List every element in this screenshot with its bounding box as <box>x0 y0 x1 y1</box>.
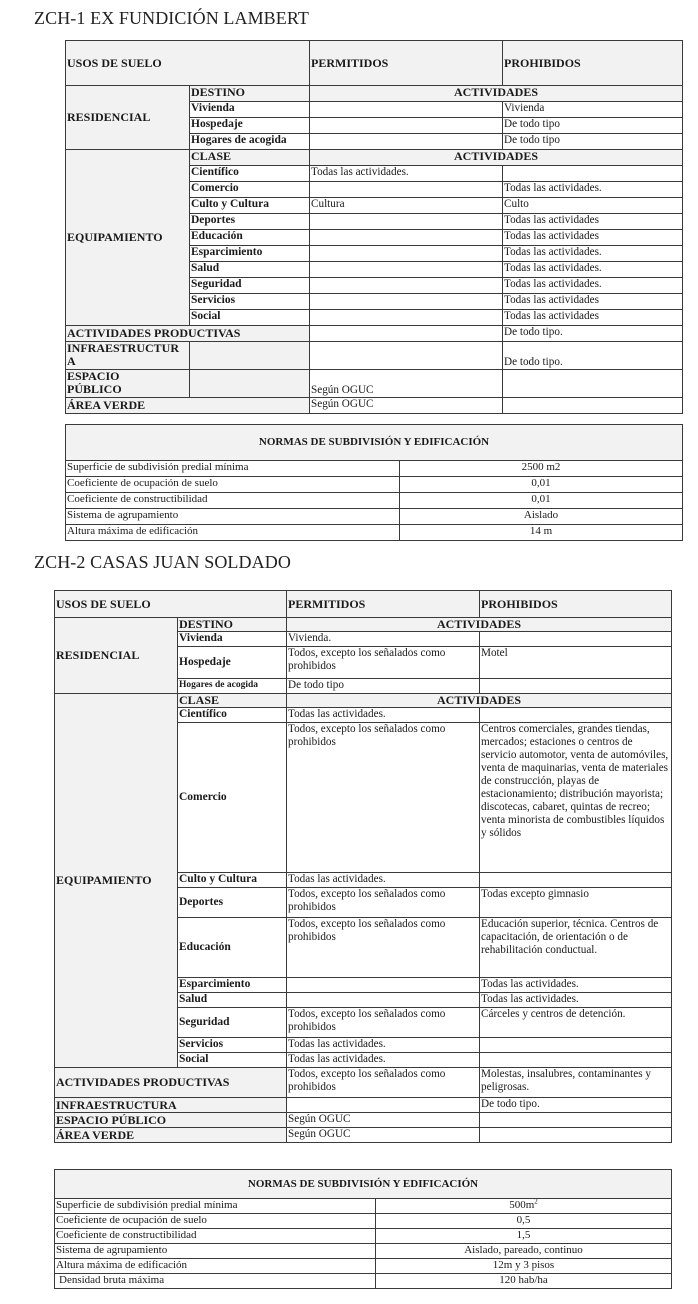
row-name: Vivienda <box>178 632 287 647</box>
row-permitidos <box>310 262 503 278</box>
row-prohibidos: Todas las actividades <box>503 310 683 326</box>
header-prohibidos: PROHIBIDOS <box>503 41 683 86</box>
header-permitidos: PERMITIDOS <box>287 591 480 618</box>
norm-value: 500m2 <box>376 1199 672 1214</box>
norm-label: Superficie de subdivisión predial mínima <box>66 461 400 477</box>
row-permitidos <box>310 118 503 134</box>
norm-label: Sistema de agrupamiento <box>55 1244 376 1259</box>
empty-cell <box>190 370 310 398</box>
row-name: Deportes <box>178 888 287 918</box>
zone-title: ZCH-1 EX FUNDICIÓN LAMBERT <box>34 8 309 29</box>
row-prohibidos: Todas las actividades. <box>503 182 683 198</box>
row-name: Hogares de acogida <box>190 134 310 150</box>
category-espacio-publico: ESPACIO PÚBLICO <box>55 1113 287 1128</box>
row-prohibidos <box>480 1038 672 1053</box>
category-equipamiento: EQUIPAMIENTO <box>66 150 190 326</box>
norm-value: Aislado, pareado, continuo <box>376 1244 672 1259</box>
category-actividades-productivas: ACTIVIDADES PRODUCTIVAS <box>66 326 310 342</box>
norm-label: Altura máxima de edificación <box>55 1259 376 1274</box>
norm-label: Sistema de agrupamiento <box>66 509 400 525</box>
row-prohibidos: Todas las actividades. <box>480 993 672 1008</box>
empty-cell <box>190 342 310 370</box>
row-permitidos: Todos, excepto los señalados como prohib… <box>287 888 480 918</box>
subheader-destino: DESTINO <box>178 618 287 632</box>
norm-label: Densidad bruta máxima <box>55 1274 376 1289</box>
row-permitidos: Todos, excepto los señalados como prohib… <box>287 1008 480 1038</box>
norm-value: 2500 m2 <box>400 461 683 477</box>
norm-value: Aislado <box>400 509 683 525</box>
subheader-destino: DESTINO <box>190 86 310 102</box>
row-permitidos <box>310 310 503 326</box>
row-permitidos: Según OGUC <box>310 370 503 398</box>
zone-title: ZCH-2 CASAS JUAN SOLDADO <box>34 552 291 573</box>
row-name: Deportes <box>190 214 310 230</box>
row-prohibidos: De todo tipo. <box>503 342 683 370</box>
row-prohibidos: De todo tipo <box>503 118 683 134</box>
row-prohibidos: Centros comerciales, grandes tiendas, me… <box>480 723 672 873</box>
row-prohibidos <box>480 1113 672 1128</box>
row-name: Educación <box>190 230 310 246</box>
row-permitidos: Todas las actividades. <box>287 708 480 723</box>
category-espacio-publico: ESPACIO PÚBLICO <box>66 370 190 398</box>
row-permitidos: Todas las actividades. <box>287 1053 480 1068</box>
category-residencial: RESIDENCIAL <box>66 86 190 150</box>
subheader-clase: CLASE <box>190 150 310 166</box>
subheader-actividades: ACTIVIDADES <box>310 86 683 102</box>
row-permitidos <box>310 326 503 342</box>
row-prohibidos: Cárceles y centros de detención. <box>480 1008 672 1038</box>
norm-value: 0,5 <box>376 1214 672 1229</box>
row-name: Culto y Cultura <box>178 873 287 888</box>
row-permitidos <box>310 230 503 246</box>
row-prohibidos: Todas las actividades. <box>503 278 683 294</box>
row-prohibidos <box>480 1053 672 1068</box>
row-prohibidos: Molestas, insalubres, contaminantes y pe… <box>480 1068 672 1098</box>
norm-label: Coeficiente de constructibilidad <box>66 493 400 509</box>
category-infraestructura: INFRAESTRUCTURA <box>55 1098 287 1113</box>
norm-label: Coeficiente de ocupación de suelo <box>66 477 400 493</box>
row-name: Vivienda <box>190 102 310 118</box>
row-permitidos <box>310 342 503 370</box>
row-name: Servicios <box>190 294 310 310</box>
norm-label: Altura máxima de edificación <box>66 525 400 541</box>
row-prohibidos <box>480 632 672 647</box>
category-equipamiento: EQUIPAMIENTO <box>55 694 178 1068</box>
row-permitidos: Todos, excepto los señalados como prohib… <box>287 1068 480 1098</box>
norm-label: Superficie de subdivisión predial mínima <box>55 1199 376 1214</box>
norm-label: Coeficiente de constructibilidad <box>55 1229 376 1244</box>
header-usos: USOS DE SUELO <box>66 41 310 86</box>
row-prohibidos: Todas las actividades. <box>480 978 672 993</box>
header-permitidos: PERMITIDOS <box>310 41 503 86</box>
row-prohibidos <box>480 1128 672 1143</box>
row-name: Comercio <box>190 182 310 198</box>
norms-title: NORMAS DE SUBDIVISIÓN Y EDIFICACIÓN <box>66 425 683 461</box>
row-prohibidos: De todo tipo <box>503 134 683 150</box>
row-name: Científico <box>190 166 310 182</box>
land-use-table: USOS DE SUELO PERMITIDOS PROHIBIDOS RESI… <box>54 590 672 1143</box>
row-name: Educación <box>178 918 287 978</box>
row-permitidos: Todos, excepto los señalados como prohib… <box>287 647 480 679</box>
row-name: Seguridad <box>178 1008 287 1038</box>
row-permitidos: Todos, excepto los señalados como prohib… <box>287 723 480 873</box>
row-name: Social <box>178 1053 287 1068</box>
row-permitidos <box>310 214 503 230</box>
row-permitidos <box>287 978 480 993</box>
norm-label: Coeficiente de ocupación de suelo <box>55 1214 376 1229</box>
row-prohibidos <box>480 679 672 694</box>
row-prohibidos: Todas excepto gimnasio <box>480 888 672 918</box>
row-permitidos: Todas las actividades. <box>287 873 480 888</box>
row-permitidos: Vivienda. <box>287 632 480 647</box>
norms-table: NORMAS DE SUBDIVISIÓN Y EDIFICACIÓN Supe… <box>54 1169 672 1289</box>
category-actividades-productivas: ACTIVIDADES PRODUCTIVAS <box>55 1068 287 1098</box>
category-area-verde: ÁREA VERDE <box>66 398 310 414</box>
row-name: Científico <box>178 708 287 723</box>
category-area-verde: ÁREA VERDE <box>55 1128 287 1143</box>
row-prohibidos <box>503 166 683 182</box>
row-permitidos: De todo tipo <box>287 679 480 694</box>
row-permitidos <box>310 278 503 294</box>
row-name: Esparcimiento <box>190 246 310 262</box>
land-use-table: USOS DE SUELO PERMITIDOS PROHIBIDOS RESI… <box>65 40 683 414</box>
row-prohibidos: Todas las actividades. <box>503 262 683 278</box>
row-name: Hospedaje <box>190 118 310 134</box>
norm-value: 14 m <box>400 525 683 541</box>
row-name: Culto y Cultura <box>190 198 310 214</box>
row-name: Seguridad <box>190 278 310 294</box>
norms-table: NORMAS DE SUBDIVISIÓN Y EDIFICACIÓN Supe… <box>65 424 683 541</box>
row-prohibidos: De todo tipo. <box>503 326 683 342</box>
subheader-actividades: ACTIVIDADES <box>310 150 683 166</box>
row-permitidos <box>310 246 503 262</box>
row-prohibidos: Todas las actividades. <box>503 246 683 262</box>
row-prohibidos: Todas las actividades <box>503 294 683 310</box>
row-permitidos <box>287 1098 480 1113</box>
row-permitidos <box>310 182 503 198</box>
norm-value: 120 hab/ha <box>376 1274 672 1289</box>
subheader-clase: CLASE <box>178 694 287 708</box>
header-usos: USOS DE SUELO <box>55 591 287 618</box>
norm-value: 12m y 3 pisos <box>376 1259 672 1274</box>
row-prohibidos: Todas las actividades <box>503 230 683 246</box>
row-permitidos: Cultura <box>310 198 503 214</box>
row-prohibidos: De todo tipo. <box>480 1098 672 1113</box>
row-permitidos <box>310 294 503 310</box>
row-name: Salud <box>178 993 287 1008</box>
row-prohibidos <box>480 708 672 723</box>
row-name: Servicios <box>178 1038 287 1053</box>
row-prohibidos: Todas las actividades <box>503 214 683 230</box>
header-prohibidos: PROHIBIDOS <box>480 591 672 618</box>
row-permitidos: Según OGUC <box>287 1113 480 1128</box>
row-permitidos: Según OGUC <box>310 398 503 414</box>
row-permitidos: Todas las actividades. <box>287 1038 480 1053</box>
row-prohibidos: Vivienda <box>503 102 683 118</box>
norms-title: NORMAS DE SUBDIVISIÓN Y EDIFICACIÓN <box>55 1170 672 1199</box>
norm-value: 1,5 <box>376 1229 672 1244</box>
row-name: Hogares de acogida <box>178 679 287 694</box>
row-name: Social <box>190 310 310 326</box>
row-permitidos <box>287 993 480 1008</box>
row-name: Hospedaje <box>178 647 287 679</box>
row-name: Salud <box>190 262 310 278</box>
category-infraestructura: INFRAESTRUCTUR A <box>66 342 190 370</box>
row-name: Comercio <box>178 723 287 873</box>
row-prohibidos <box>480 873 672 888</box>
row-prohibidos <box>503 370 683 398</box>
category-residencial: RESIDENCIAL <box>55 618 178 694</box>
row-prohibidos: Motel <box>480 647 672 679</box>
row-prohibidos <box>503 398 683 414</box>
row-prohibidos: Culto <box>503 198 683 214</box>
norm-value: 0,01 <box>400 493 683 509</box>
subheader-actividades: ACTIVIDADES <box>287 694 672 708</box>
norm-value: 0,01 <box>400 477 683 493</box>
row-permitidos <box>310 102 503 118</box>
row-permitidos: Todos, excepto los señalados como prohib… <box>287 918 480 978</box>
row-prohibidos: Educación superior, técnica. Centros de … <box>480 918 672 978</box>
row-permitidos <box>310 134 503 150</box>
row-name: Esparcimiento <box>178 978 287 993</box>
row-permitidos: Según OGUC <box>287 1128 480 1143</box>
subheader-actividades: ACTIVIDADES <box>287 618 672 632</box>
row-permitidos: Todas las actividades. <box>310 166 503 182</box>
